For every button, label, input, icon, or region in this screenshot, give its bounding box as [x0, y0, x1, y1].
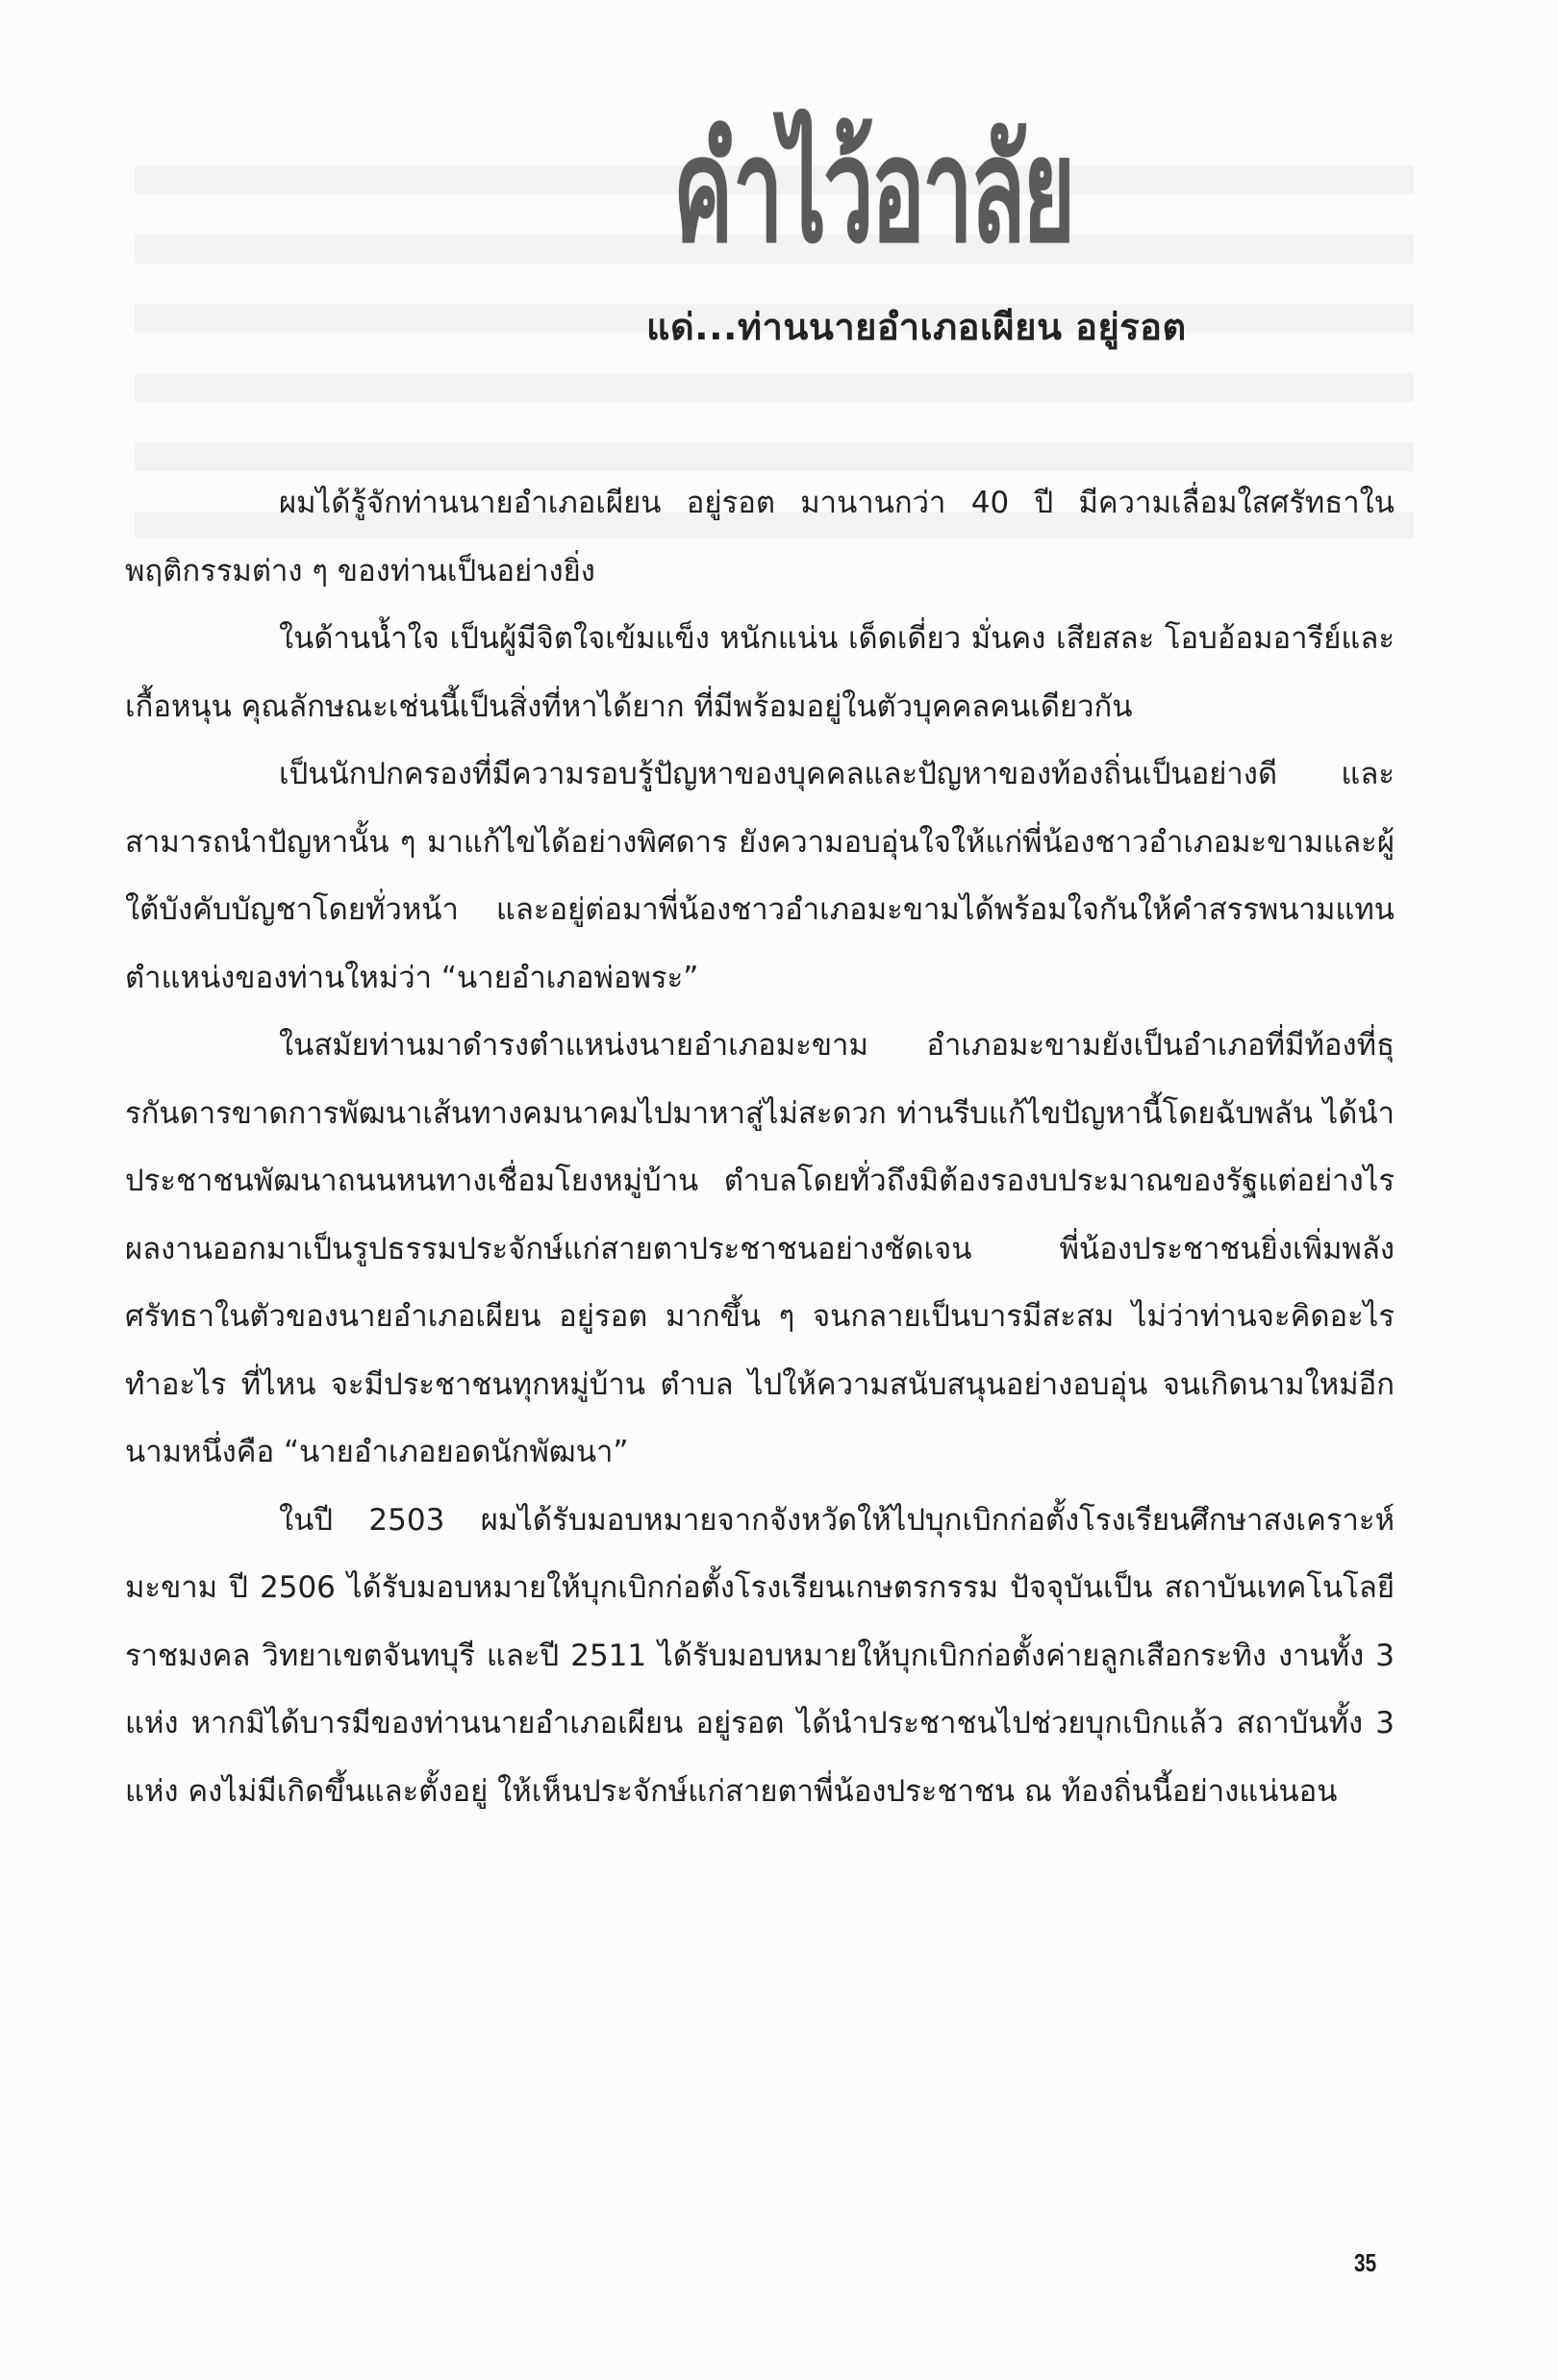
book-page: คำไว้อาลัย แด่...ท่านนายอำเภอเผียน อยู่ร…	[0, 0, 1558, 2380]
paragraph-3: เป็นนักปกครองที่มีความรอบรู้ปัญหาของบุคค…	[125, 740, 1395, 1012]
paragraph-2: ในด้านน้ำใจ เป็นผู้มีจิตใจเข้มแข็ง หนักแ…	[125, 605, 1395, 740]
paragraph-5: ในปี 2503 ผมได้รับมอบหมายจากจังหวัดให้ไป…	[125, 1487, 1395, 1826]
page-subtitle: แด่...ท่านนายอำเภอเผียน อยู่รอต	[646, 303, 1187, 351]
body-text: ผมได้รู้จักท่านนายอำเภอเผียน อยู่รอต มาน…	[125, 469, 1395, 1825]
page-title: คำไว้อาลัย	[673, 113, 1073, 267]
paragraph-4: ในสมัยท่านมาดำรงตำแหน่งนายอำเภอมะขาม อำเ…	[125, 1012, 1395, 1487]
paragraph-1: ผมได้รู้จักท่านนายอำเภอเผียน อยู่รอต มาน…	[125, 469, 1395, 605]
page-number: 35	[1354, 2248, 1376, 2278]
